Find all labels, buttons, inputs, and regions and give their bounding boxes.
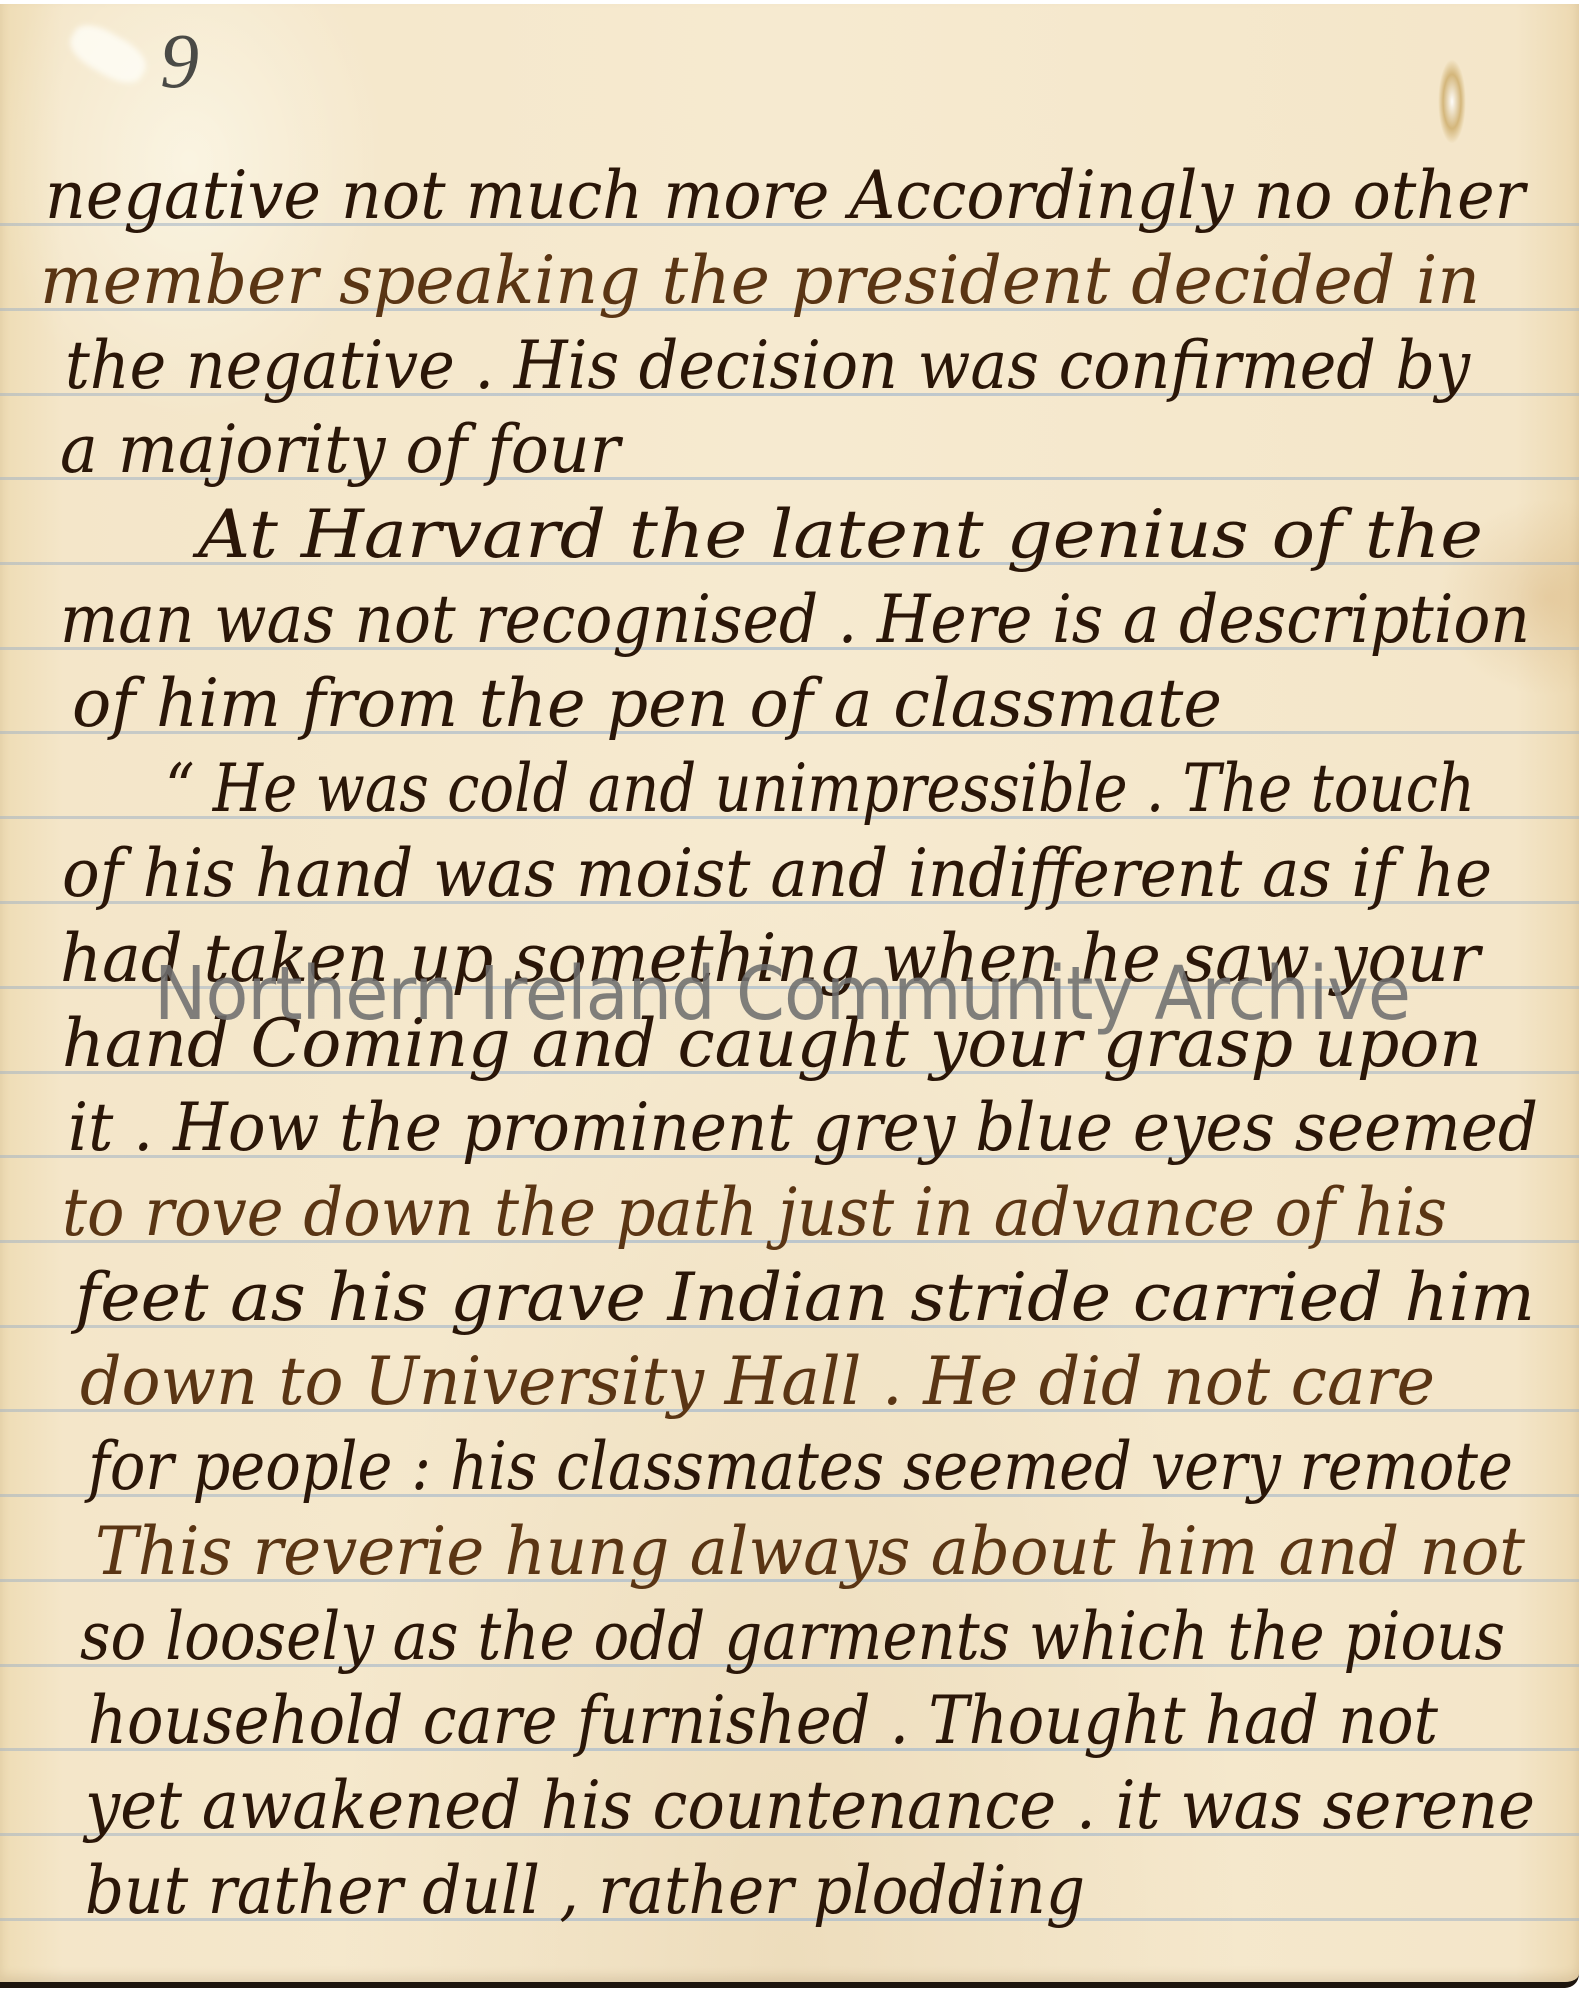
handwritten-line: At Harvard the latent genius of the bbox=[198, 495, 1373, 575]
handwritten-line: feet as his grave Indian stride carried … bbox=[75, 1258, 1487, 1338]
handwritten-line: household care furnished . Thought had n… bbox=[88, 1681, 1558, 1761]
handwritten-line: but rather dull , rather plodding bbox=[85, 1851, 1164, 1931]
handwritten-line: negative not much more Accordingly no ot… bbox=[45, 156, 1585, 236]
handwritten-line: down to University Hall . He did not car… bbox=[80, 1342, 1459, 1422]
paper-damage-mark bbox=[1438, 59, 1466, 144]
handwritten-line: so loosely as the odd garments which the… bbox=[80, 1597, 1585, 1677]
pencil-smudge bbox=[63, 17, 152, 92]
manuscript-page: 9 negative not much more Accordingly no … bbox=[0, 4, 1579, 1988]
handwritten-line: to rove down the path just in advance of… bbox=[62, 1173, 1530, 1253]
archive-watermark: Northern Ireland Community Archive bbox=[154, 954, 1410, 1034]
handwritten-line: This reverie hung always about him and n… bbox=[95, 1512, 1569, 1592]
handwritten-line: the negative . His decision was confirme… bbox=[65, 326, 1565, 406]
handwritten-line: yet awakened his countenance . it was se… bbox=[85, 1766, 1585, 1846]
handwritten-line: member speaking the president decided in bbox=[40, 241, 1475, 321]
handwritten-line: “ He was cold and unimpressible . The to… bbox=[165, 749, 1585, 829]
handwritten-line: for people : his classmates seemed very … bbox=[88, 1427, 1585, 1507]
handwritten-line: of him from the pen of a classmate bbox=[72, 664, 1236, 744]
handwritten-line: of his hand was moist and indifferent as… bbox=[62, 834, 1569, 914]
page-number: 9 bbox=[160, 22, 199, 100]
handwritten-line: a majority of four bbox=[60, 410, 643, 490]
handwritten-line: it . How the prominent grey blue eyes se… bbox=[68, 1088, 1585, 1168]
handwritten-line: man was not recognised . Here is a descr… bbox=[60, 580, 1585, 660]
